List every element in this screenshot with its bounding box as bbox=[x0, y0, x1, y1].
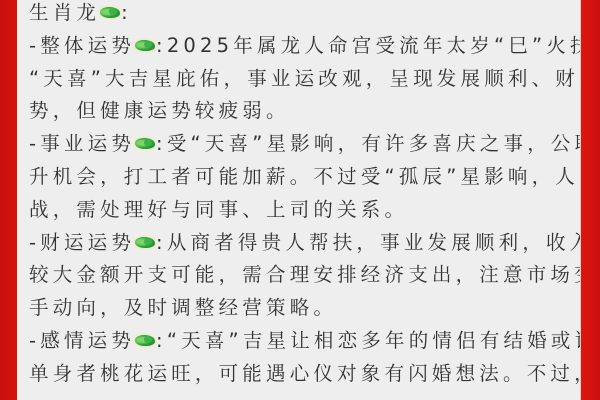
section-label: -感情运势 bbox=[29, 329, 135, 352]
section-career: -事业运势:受“天喜”星影响，有许多喜庆之事，公职人士有晋 升机会，打工者可能加… bbox=[29, 128, 559, 226]
section-text: :“天喜”吉星让相恋多年的情侣有结婚或订婚打算， bbox=[156, 329, 581, 352]
section-label: -事业运势 bbox=[29, 132, 135, 155]
section-line: “天喜”大吉星庇佑，事业运改观，呈现发展顺利、财运亨通趋 bbox=[29, 63, 559, 96]
section-text: :从商者得贵人帮扶，事业发展顺利，收入增加。但有 bbox=[156, 231, 581, 254]
section-label: -财运运势 bbox=[29, 231, 135, 254]
section-line: -财运运势:从商者得贵人帮扶，事业发展顺利，收入增加。但有 bbox=[29, 227, 559, 260]
section-love: -感情运势:“天喜”吉星让相恋多年的情侣有结婚或订婚打算， 单身者桃花运旺，可能… bbox=[29, 325, 559, 391]
section-line: -感情运势:“天喜”吉星让相恋多年的情侣有结婚或订婚打算， bbox=[29, 325, 559, 358]
section-line: 势，但健康运势较疲弱。 bbox=[29, 95, 559, 128]
section-line: 升机会，打工者可能加薪。不过受“孤辰”星影响，人际关系有挑 bbox=[29, 161, 559, 194]
dragon-emoji-icon bbox=[135, 138, 155, 149]
article-panel: 生肖龙: -整体运势:2025年属龙人命宫受流年太岁“巳”火扶助，又有 “天喜”… bbox=[17, 0, 581, 400]
section-line: 手动向，及时调整经营策略。 bbox=[29, 292, 559, 325]
zodiac-heading: 生肖龙: bbox=[29, 0, 559, 30]
section-line: 战，需处理好与同事、上司的关系。 bbox=[29, 194, 559, 227]
dragon-emoji-icon bbox=[135, 335, 155, 346]
heading-colon: : bbox=[121, 1, 132, 24]
section-line: -整体运势:2025年属龙人命宫受流年太岁“巳”火扶助，又有 bbox=[29, 30, 559, 63]
section-label: -整体运势 bbox=[29, 34, 135, 57]
section-wealth: -财运运势:从商者得贵人帮扶，事业发展顺利，收入增加。但有 较大金额开支可能，需… bbox=[29, 227, 559, 325]
section-line: 较大金额开支可能，需合理安排经济支出，注意市场变化和竞争对 bbox=[29, 259, 559, 292]
section-overall: -整体运势:2025年属龙人命宫受流年太岁“巳”火扶助，又有 “天喜”大吉星庇佑… bbox=[29, 30, 559, 128]
section-line: 单身者桃花运旺，可能遇心仪对象有闪婚想法。不过，受“孤辰” bbox=[29, 358, 559, 391]
section-text: :2025年属龙人命宫受流年太岁“巳”火扶助，又有 bbox=[156, 34, 581, 57]
article-body: 生肖龙: -整体运势:2025年属龙人命宫受流年太岁“巳”火扶助，又有 “天喜”… bbox=[29, 0, 559, 391]
dragon-emoji-icon bbox=[135, 237, 155, 248]
heading-text: 生肖龙 bbox=[29, 1, 100, 24]
section-text: :受“天喜”星影响，有许多喜庆之事，公职人士有晋 bbox=[156, 132, 581, 155]
dragon-emoji-icon bbox=[100, 7, 120, 18]
section-line: -事业运势:受“天喜”星影响，有许多喜庆之事，公职人士有晋 bbox=[29, 128, 559, 161]
dragon-emoji-icon bbox=[135, 40, 155, 51]
